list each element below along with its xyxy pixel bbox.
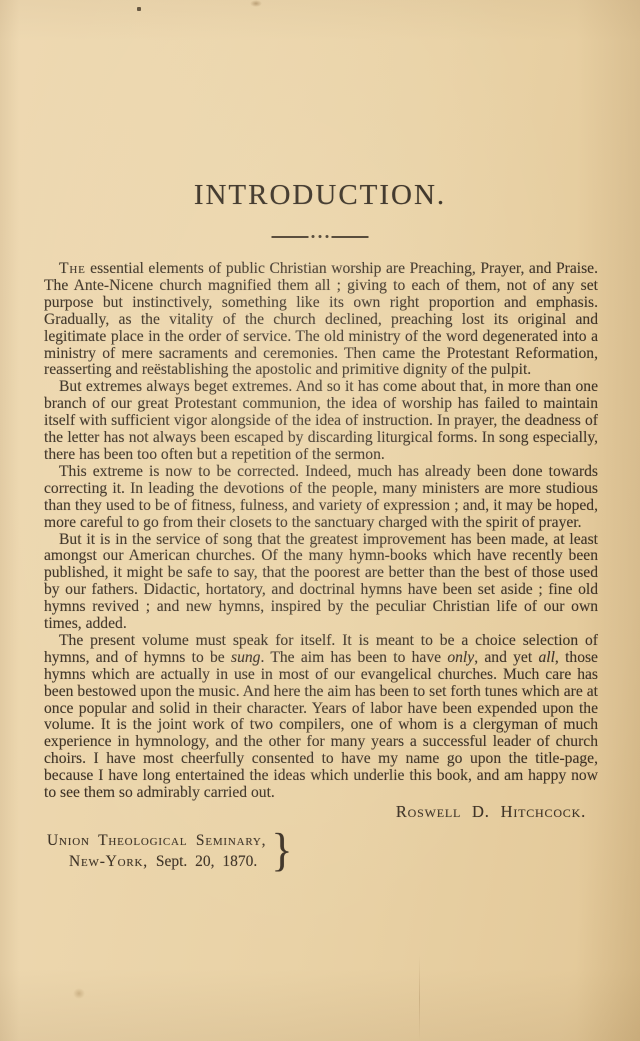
text-segment: But it is in the service of song that th…: [44, 531, 598, 633]
ornamental-divider: [272, 235, 369, 238]
italic-text: sung: [231, 649, 260, 666]
paper-smudge-top: [250, 0, 262, 7]
dateline-place-date: New-York, Sept. 20, 1870.: [47, 851, 266, 872]
introduction-text: The essential elements of public Christi…: [44, 261, 598, 872]
smallcaps-text: The: [59, 260, 86, 277]
smallcaps-text: Roswell D. Hitchcock.: [396, 802, 586, 821]
italic-text: all: [538, 649, 554, 666]
text-segment: , those hymns which are actually in use …: [44, 649, 598, 801]
paragraph-2: But extremes always beget extremes. And …: [44, 379, 598, 464]
divider-rule-left: [272, 236, 309, 238]
text-segment: . The aim has been to have: [260, 649, 447, 666]
text-segment: essential elements of public Christian w…: [44, 260, 598, 378]
paper-crease: [419, 955, 420, 1041]
smallcaps-text: New-York,: [69, 853, 148, 870]
author-signature: Roswell D. Hitchcock.: [44, 804, 598, 821]
divider-dot: [326, 235, 329, 238]
divider-dot: [319, 235, 322, 238]
text-segment: , and yet: [474, 649, 538, 666]
page-title: INTRODUCTION.: [0, 179, 640, 211]
divider-dot: [312, 235, 315, 238]
dateline: Union Theological Seminary, New-York, Se…: [47, 830, 598, 872]
book-page: INTRODUCTION. The essential elements of …: [0, 0, 640, 1041]
paper-smudge-bottom: [73, 988, 85, 999]
paragraph-3: This extreme is now to be corrected. Ind…: [44, 464, 598, 532]
text-segment: But extremes always beget extremes. And …: [44, 378, 598, 463]
dateline-brace: }: [271, 830, 292, 872]
text-segment: Sept. 20, 1870.: [148, 853, 257, 870]
paragraph-1: The essential elements of public Christi…: [44, 261, 598, 379]
text-segment: This extreme is now to be corrected. Ind…: [44, 463, 598, 531]
divider-rule-right: [332, 236, 369, 238]
paper-speck-top: [137, 7, 141, 11]
dateline-institution: Union Theological Seminary,: [47, 830, 266, 851]
dateline-lines: Union Theological Seminary, New-York, Se…: [47, 830, 266, 872]
smallcaps-text: Union Theological Seminary,: [47, 832, 266, 849]
italic-text: only: [447, 649, 474, 666]
paragraph-5: The present volume must speak for itself…: [44, 633, 598, 802]
paragraph-4: But it is in the service of song that th…: [44, 532, 598, 633]
